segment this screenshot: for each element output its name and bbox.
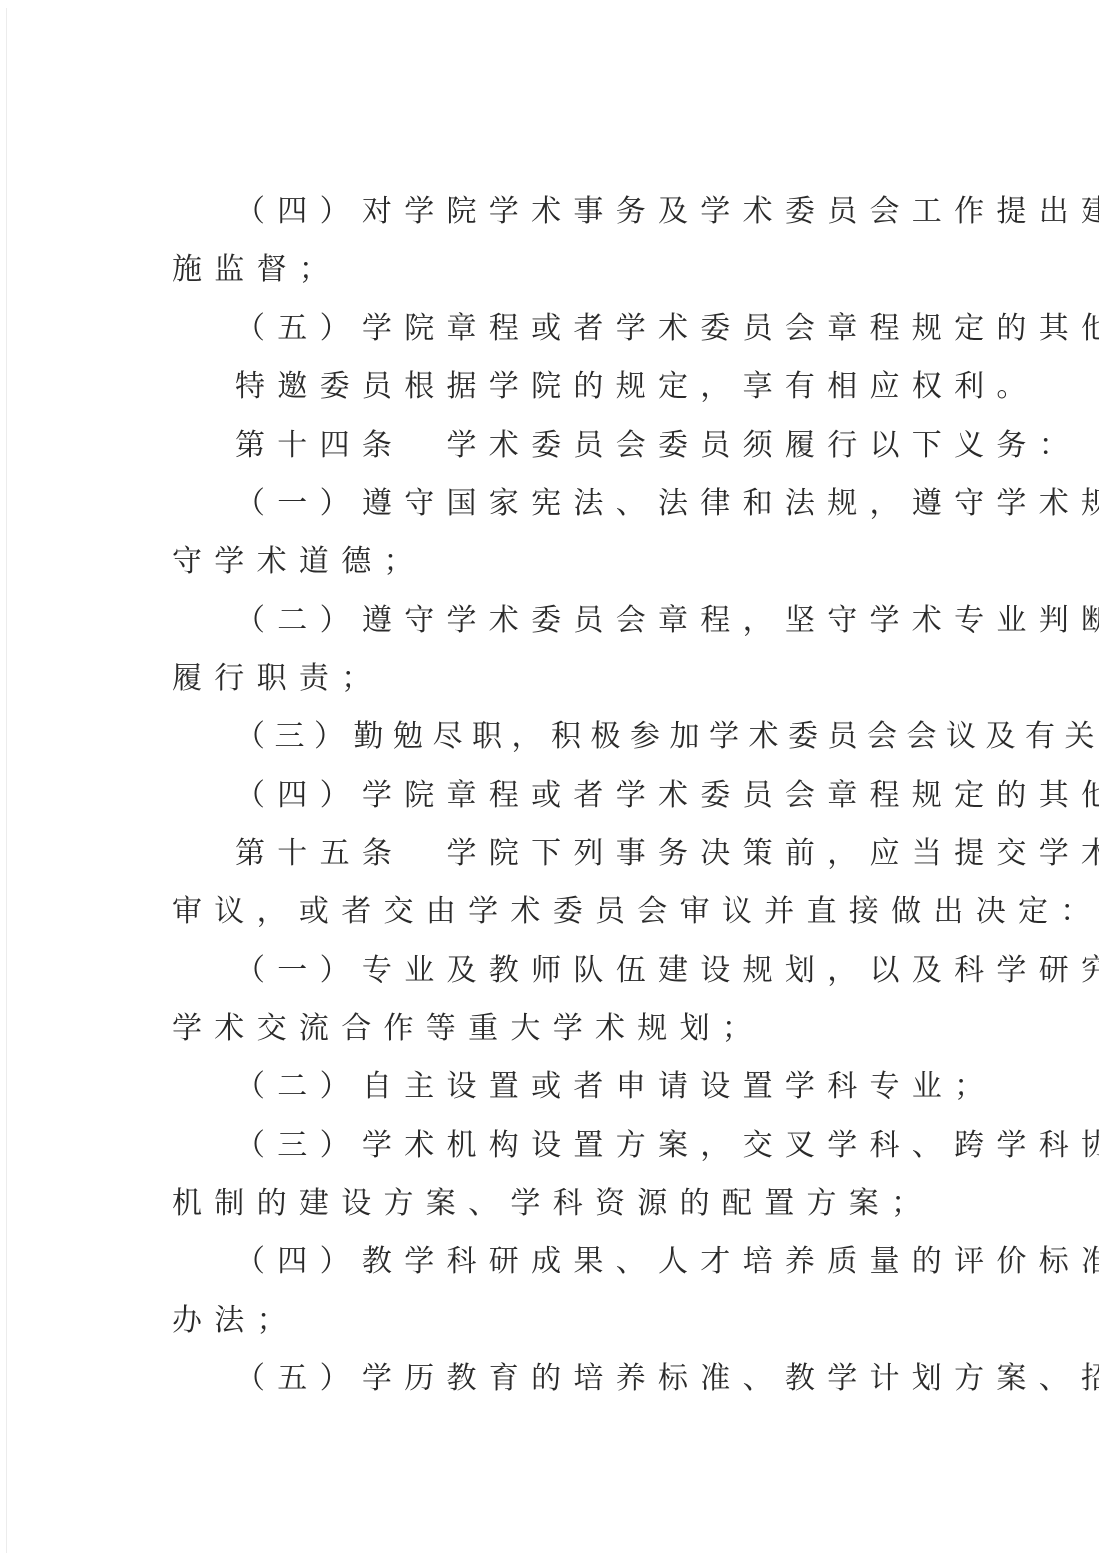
line-special-members: 特邀委员根据学院的规定，享有相应权利。 [235, 367, 1003, 407]
line-article13-item5: （五）学院章程或者学术委员会章程规定的其他权利。 [235, 309, 1003, 349]
line-article15-item3: （三）学术机构设置方案，交叉学科、跨学科协同创新 [235, 1126, 1003, 1166]
line-article15-heading-cont: 审议，或者交由学术委员会审议并直接做出决定： [172, 892, 940, 932]
line-article14-item2: （二）遵守学术委员会章程，坚守学术专业判断，公正 [235, 601, 1003, 641]
line-article15-item3-cont: 机制的建设方案、学科资源的配置方案； [172, 1184, 940, 1224]
line-article14-item1-cont: 守学术道德； [172, 542, 940, 582]
line-article14-item2-cont: 履行职责； [172, 659, 940, 699]
line-article14-item4: （四）学院章程或者学术委员会章程规定的其他义务。 [235, 776, 1003, 816]
line-article15-item4-cont: 办法； [172, 1301, 940, 1341]
line-article15-heading: 第十五条 学院下列事务决策前，应当提交学术委员会 [235, 834, 1003, 874]
line-article15-item5: （五）学历教育的培养标准、教学计划方案、招生的标 [235, 1359, 1003, 1399]
line-article15-item2: （二）自主设置或者申请设置学科专业； [235, 1067, 1003, 1107]
line-article14-item1: （一）遵守国家宪法、法律和法规，遵守学术规范、恪 [235, 484, 1003, 524]
line-article15-item1-cont: 学术交流合作等重大学术规划； [172, 1009, 940, 1049]
line-article14-item3: （三）勤勉尽职，积极参加学术委员会会议及有关活动； [235, 717, 1003, 757]
line-article15-item4: （四）教学科研成果、人才培养质量的评价标准及考核 [235, 1242, 1003, 1282]
line-article15-item1: （一）专业及教师队伍建设规划，以及科学研究、对外 [235, 951, 1003, 991]
line-article14-heading: 第十四条 学术委员会委员须履行以下义务： [235, 426, 1003, 466]
scan-edge-line [6, 8, 7, 1553]
line-article13-item4: （四）对学院学术事务及学术委员会工作提出建议、实 [235, 192, 1003, 232]
line-article13-item4-cont: 施监督； [172, 250, 940, 290]
